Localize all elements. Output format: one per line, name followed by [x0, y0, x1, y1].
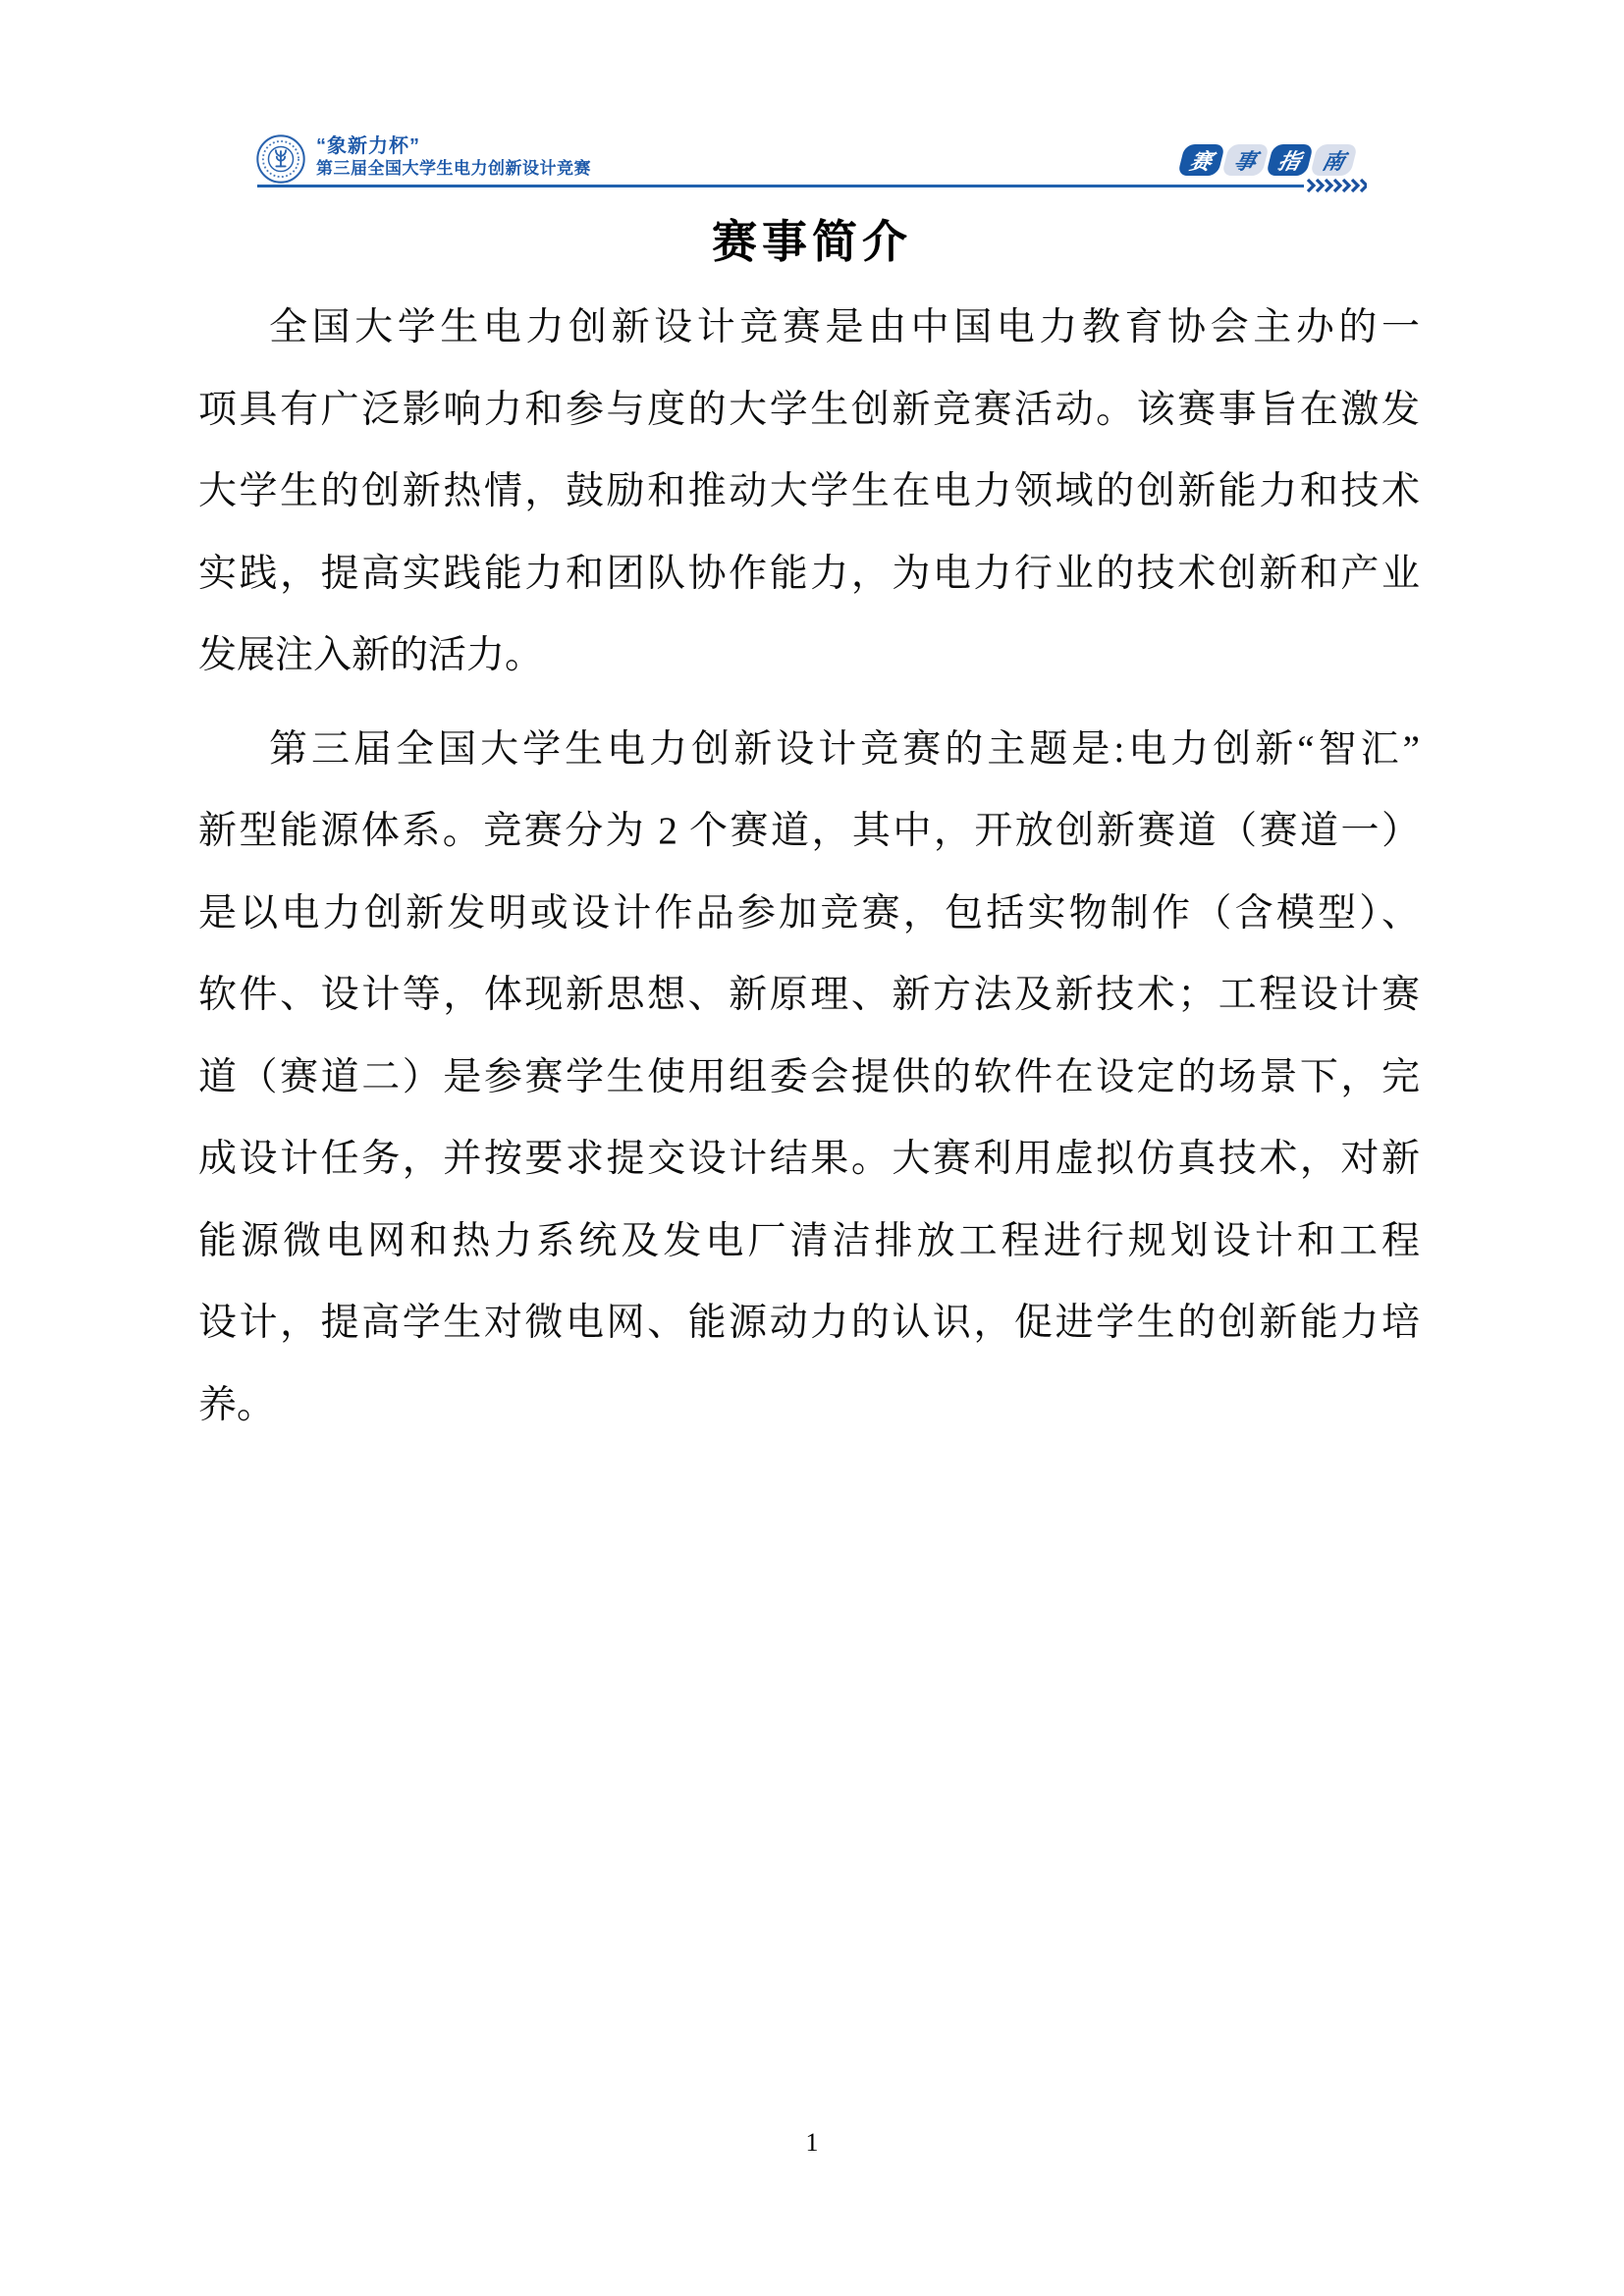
- text-line: 新型能源体系。竞赛分为 2 个赛道，其中，开放创新赛道（赛道一）: [198, 790, 1420, 873]
- competition-logo-icon: [255, 133, 306, 185]
- page-title: 赛事简介: [0, 206, 1624, 271]
- text-line: 全国大学生电力创新设计竞赛是由中国电力教育协会主办的一: [198, 287, 1420, 369]
- text-line: 项具有广泛影响力和参与度的大学生创新竞赛活动。该赛事旨在激发: [198, 369, 1420, 452]
- competition-title: 第三届全国大学生电力创新设计竞赛: [316, 158, 591, 180]
- header-divider: [257, 185, 1304, 187]
- text-line: 发展注入新的活力。: [198, 614, 1420, 697]
- document-page: “象新力杯” 第三届全国大学生电力创新设计竞赛 赛 事 指 南 赛事简介 全国大…: [0, 0, 1624, 2296]
- text-line: 软件、设计等，体现新思想、新原理、新方法及新技术；工程设计赛: [198, 954, 1420, 1037]
- chevrons-icon: [1306, 178, 1367, 193]
- text-line: 是以电力创新发明或设计作品参加竞赛，包括实物制作（含模型）、: [198, 873, 1420, 955]
- badge-sai: 赛: [1177, 144, 1225, 176]
- badge-zhi: 指: [1266, 144, 1314, 176]
- cup-title: “象新力杯”: [316, 135, 591, 158]
- guide-badges: 赛 事 指 南: [1181, 144, 1354, 176]
- text-line: 成设计任务，并按要求提交设计结果。大赛利用虚拟仿真技术，对新: [198, 1118, 1420, 1201]
- text-line: 能源微电网和热力系统及发电厂清洁排放工程进行规划设计和工程: [198, 1201, 1420, 1283]
- paragraph-1: 全国大学生电力创新设计竞赛是由中国电力教育协会主办的一 项具有广泛影响力和参与度…: [198, 287, 1420, 697]
- body-text: 全国大学生电力创新设计竞赛是由中国电力教育协会主办的一 项具有广泛影响力和参与度…: [198, 287, 1420, 1458]
- page-number: 1: [0, 2128, 1624, 2158]
- paragraph-2: 第三届全国大学生电力创新设计竞赛的主题是:电力创新“智汇” 新型能源体系。竞赛分…: [198, 709, 1420, 1447]
- text-line: 大学生的创新热情，鼓励和推动大学生在电力领域的创新能力和技术: [198, 451, 1420, 533]
- header-title-block: “象新力杯” 第三届全国大学生电力创新设计竞赛: [316, 135, 591, 180]
- text-line: 养。: [198, 1364, 1420, 1447]
- badge-nan: 南: [1310, 144, 1358, 176]
- text-line: 实践，提高实践能力和团队协作能力，为电力行业的技术创新和产业: [198, 533, 1420, 615]
- text-line: 设计，提高学生对微电网、能源动力的认识，促进学生的创新能力培: [198, 1282, 1420, 1364]
- text-line: 第三届全国大学生电力创新设计竞赛的主题是:电力创新“智汇”: [198, 709, 1420, 791]
- text-line: 道（赛道二）是参赛学生使用组委会提供的软件在设定的场景下，完: [198, 1037, 1420, 1119]
- badge-shi: 事: [1221, 144, 1270, 176]
